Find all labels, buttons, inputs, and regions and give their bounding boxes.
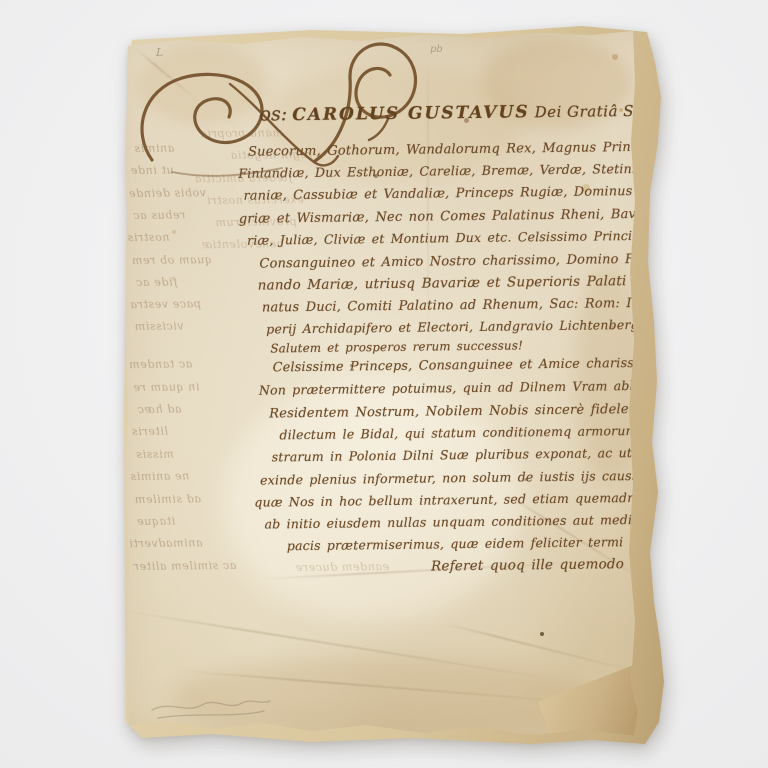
bleedthrough-fragment: missis <box>136 449 174 460</box>
heading-name: CAROLUS GUSTAVUS <box>292 102 530 125</box>
bleedthrough-fragment: pace vestra <box>130 298 201 310</box>
manuscript-line: Celsissime Princeps, Consanguinee et Ami… <box>273 358 659 376</box>
bleedthrough-fragment: ne animis <box>130 470 189 482</box>
heading-suffix: Dei Gratiâ Su <box>535 102 645 121</box>
manuscript-line: natus Duci, Comiti Palatino ad Rhenum, S… <box>262 297 644 315</box>
manuscript-line: Consanguineo et Amico Nostro charissimo,… <box>259 253 660 271</box>
manuscript-line: Non prætermittere potuimus, quin ad Diln… <box>259 379 684 397</box>
bleedthrough-fragment: ac tandem <box>129 358 193 370</box>
heading-line: os: CAROLUS GUSTAVUS Dei Gratiâ Su <box>259 99 644 126</box>
bleedthrough-fragment: literis <box>131 426 168 437</box>
manuscript-line: Finlandiæ, Dux Esthoniæ, Careliæ, Bremæ,… <box>238 162 674 180</box>
manuscript-line: raniæ, Cassubiæ et Vandaliæ, Princeps Ru… <box>244 186 653 204</box>
bleedthrough-fragment: animadverti <box>129 537 203 549</box>
bleedthrough-fragment: ac similem aliter <box>133 560 236 572</box>
manuscript-line: nando Mariæ, utriusq Bavariæ et Superior… <box>258 275 627 293</box>
manuscript-line: Referet quoq ille quemodo <box>431 558 624 574</box>
bleedthrough-fragment: nostris <box>127 232 170 244</box>
manuscript-line: strarum in Polonia Dilni Suæ pluribus ex… <box>272 447 662 464</box>
bleedthrough-fragment: eandem ducere <box>295 561 389 573</box>
bleedthrough-fragment: provinciarum <box>215 216 297 228</box>
manuscript-page: L pb os: CAROLUS GUSTAVUS Dei Gratiâ Su … <box>112 22 664 748</box>
manuscript-line: riæ, Juliæ, Cliviæ et Montium Dux etc. C… <box>247 230 645 247</box>
bleedthrough-fragment: ut inde <box>130 165 173 177</box>
manuscript-text: os: CAROLUS GUSTAVUS Dei Gratiâ Su Sueco… <box>108 19 669 752</box>
bleedthrough-fragment: manu propria <box>200 127 283 139</box>
manuscript-photo: L pb os: CAROLUS GUSTAVUS Dei Gratiâ Su … <box>112 22 664 748</box>
bleedthrough-fragment: itaque <box>136 516 175 527</box>
bleedthrough-fragment: benevolentiæ <box>201 238 284 250</box>
manuscript-line: exinde plenius informetur, non solum de … <box>260 470 643 487</box>
bleedthrough-fragment: ad similem <box>134 493 201 505</box>
manuscript-line: perij Archidapifero et Electori, Landgra… <box>266 319 651 336</box>
manuscript-line: ab initio eiusdem nullas unquam conditio… <box>265 514 640 531</box>
bleedthrough-fragment: exercitus nostri <box>207 194 304 206</box>
bleedthrough-fragment: ad hæc <box>137 404 181 416</box>
bleedthrough-fragment: in quam re <box>133 381 200 393</box>
bleedthrough-fragment: regni negotia <box>230 149 313 161</box>
manuscript-line: quæ Nos in hoc bellum intraxerunt, sed e… <box>254 492 675 510</box>
heading-prefix: os: <box>259 103 287 125</box>
bleedthrough-fragment: quam ob rem <box>131 254 212 266</box>
bleedthrough-fragment: rebus ac <box>133 209 186 221</box>
bleedthrough-fragment: animis <box>134 143 174 154</box>
bleedthrough-fragment: fide ac <box>136 277 178 289</box>
bleedthrough-fragment: vicissim <box>134 320 184 332</box>
bleedthrough-fragment: fœdera amicitia <box>194 172 292 184</box>
manuscript-line: Residentem Nostrum, Nobilem Nobis sincer… <box>269 403 641 421</box>
manuscript-line: pacis prætermiserimus, quæ eidem felicit… <box>287 536 624 553</box>
bleedthrough-fragment: vobis deinde <box>128 187 206 199</box>
manuscript-line: dilectum le Bidal, qui statum conditione… <box>279 425 662 442</box>
manuscript-line: griæ et Wismariæ, Nec non Comes Palatinu… <box>239 208 644 226</box>
manuscript-line: Salutem et prosperos rerum successus! <box>270 340 523 355</box>
